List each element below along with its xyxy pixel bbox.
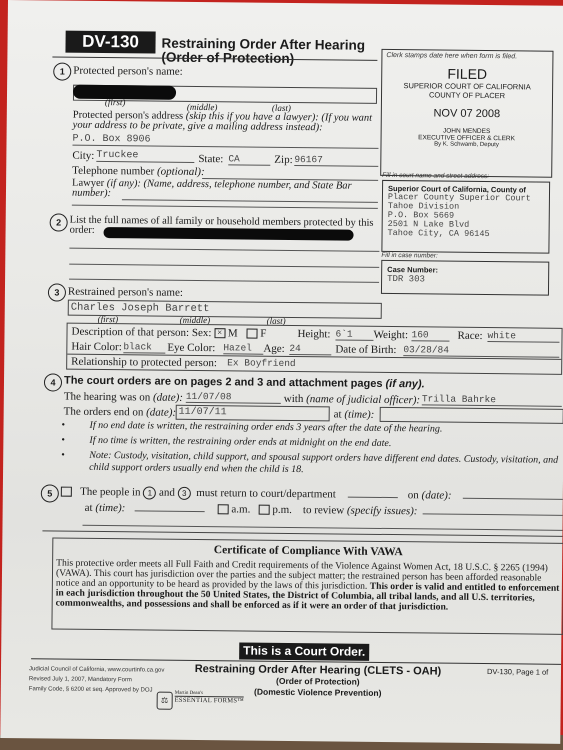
page-title: Restraining Order After Hearing (Order o… bbox=[161, 37, 365, 67]
section-number-4: 4 bbox=[44, 373, 62, 391]
pm-checkbox[interactable] bbox=[259, 505, 270, 515]
essential-forms-logo-icon: ⚖ bbox=[157, 692, 173, 710]
section-number-2: 2 bbox=[50, 213, 68, 231]
publisher-mark: Martin Dean's ESSENTIAL FORMS™ bbox=[175, 691, 244, 705]
relationship-field[interactable]: Ex Boyfriend bbox=[227, 357, 296, 369]
vawa-certificate: Certificate of Compliance With VAWA This… bbox=[51, 537, 563, 634]
bullet-icon: • bbox=[61, 435, 89, 447]
sex-f-checkbox[interactable] bbox=[246, 329, 257, 339]
age-field[interactable]: 24 bbox=[289, 343, 331, 355]
case-number-value: TDR 303 bbox=[382, 274, 548, 286]
return-time-field[interactable] bbox=[135, 509, 205, 512]
court-address-lines: Placer County Superior CourtTahoe Divisi… bbox=[383, 193, 549, 240]
weight-field[interactable]: 160 bbox=[411, 329, 449, 341]
clerk-stamp-box: Clerk stamps date here when form is file… bbox=[380, 49, 553, 178]
court-address-line: Tahoe City, CA 96145 bbox=[388, 229, 544, 240]
redaction-mark bbox=[104, 227, 354, 241]
court-order-banner: This is a Court Order. bbox=[239, 642, 369, 660]
orders-end-date-field[interactable]: 11/07/11 bbox=[176, 405, 330, 422]
filed-date: NOV 07 2008 bbox=[382, 107, 552, 121]
state-field[interactable]: CA bbox=[228, 153, 270, 165]
note-item: •Note: Custody, visitation, child suppor… bbox=[61, 450, 561, 479]
department-field[interactable] bbox=[348, 496, 398, 499]
court-address-box: Superior Court of California, County of … bbox=[381, 180, 550, 254]
section-number-1: 1 bbox=[53, 62, 71, 80]
case-number-box: Case Number: TDR 303 bbox=[381, 260, 549, 296]
bullet-icon: • bbox=[61, 450, 89, 474]
hair-color-field[interactable]: black bbox=[123, 341, 165, 353]
address-field[interactable]: P.O. Box 8906 bbox=[72, 134, 378, 149]
section4-notes: •If no end date is written, the restrain… bbox=[61, 420, 562, 482]
lawyer-field[interactable] bbox=[122, 191, 378, 203]
date-of-birth-field[interactable]: 03/28/84 bbox=[403, 344, 559, 358]
return-date-field[interactable] bbox=[463, 497, 563, 500]
restrained-description-box: Description of that person: Sex: × M F H… bbox=[66, 323, 562, 375]
zip-field[interactable]: 96167 bbox=[294, 154, 378, 167]
city-field[interactable]: Truckee bbox=[96, 150, 194, 163]
filed-stamp: FILED bbox=[382, 65, 552, 83]
return-to-court-checkbox[interactable] bbox=[61, 487, 72, 497]
sex-m-checkbox[interactable]: × bbox=[214, 329, 225, 339]
household-members-line[interactable] bbox=[69, 247, 379, 252]
section-number-5: 5 bbox=[41, 484, 59, 502]
note-item: •If no time is written, the restraining … bbox=[61, 435, 561, 452]
judicial-officer-field[interactable]: Trilla Bahrke bbox=[422, 393, 562, 406]
orders-end-time-field[interactable] bbox=[380, 407, 563, 424]
page-number: DV-130, Page 1 of bbox=[487, 667, 548, 677]
am-checkbox[interactable] bbox=[218, 505, 229, 515]
eye-color-field[interactable]: Hazel bbox=[223, 342, 263, 354]
bullet-icon: • bbox=[61, 420, 89, 432]
review-issues-field[interactable] bbox=[423, 512, 563, 515]
race-field[interactable]: white bbox=[487, 330, 559, 343]
height-field[interactable]: 6`1 bbox=[335, 328, 373, 340]
section-number-3: 3 bbox=[48, 283, 66, 301]
form-id-badge: DV-130 bbox=[65, 31, 155, 54]
form-page: DV-130 Restraining Order After Hearing (… bbox=[0, 0, 563, 744]
hearing-date-field[interactable]: 11/07/08 bbox=[186, 391, 281, 404]
